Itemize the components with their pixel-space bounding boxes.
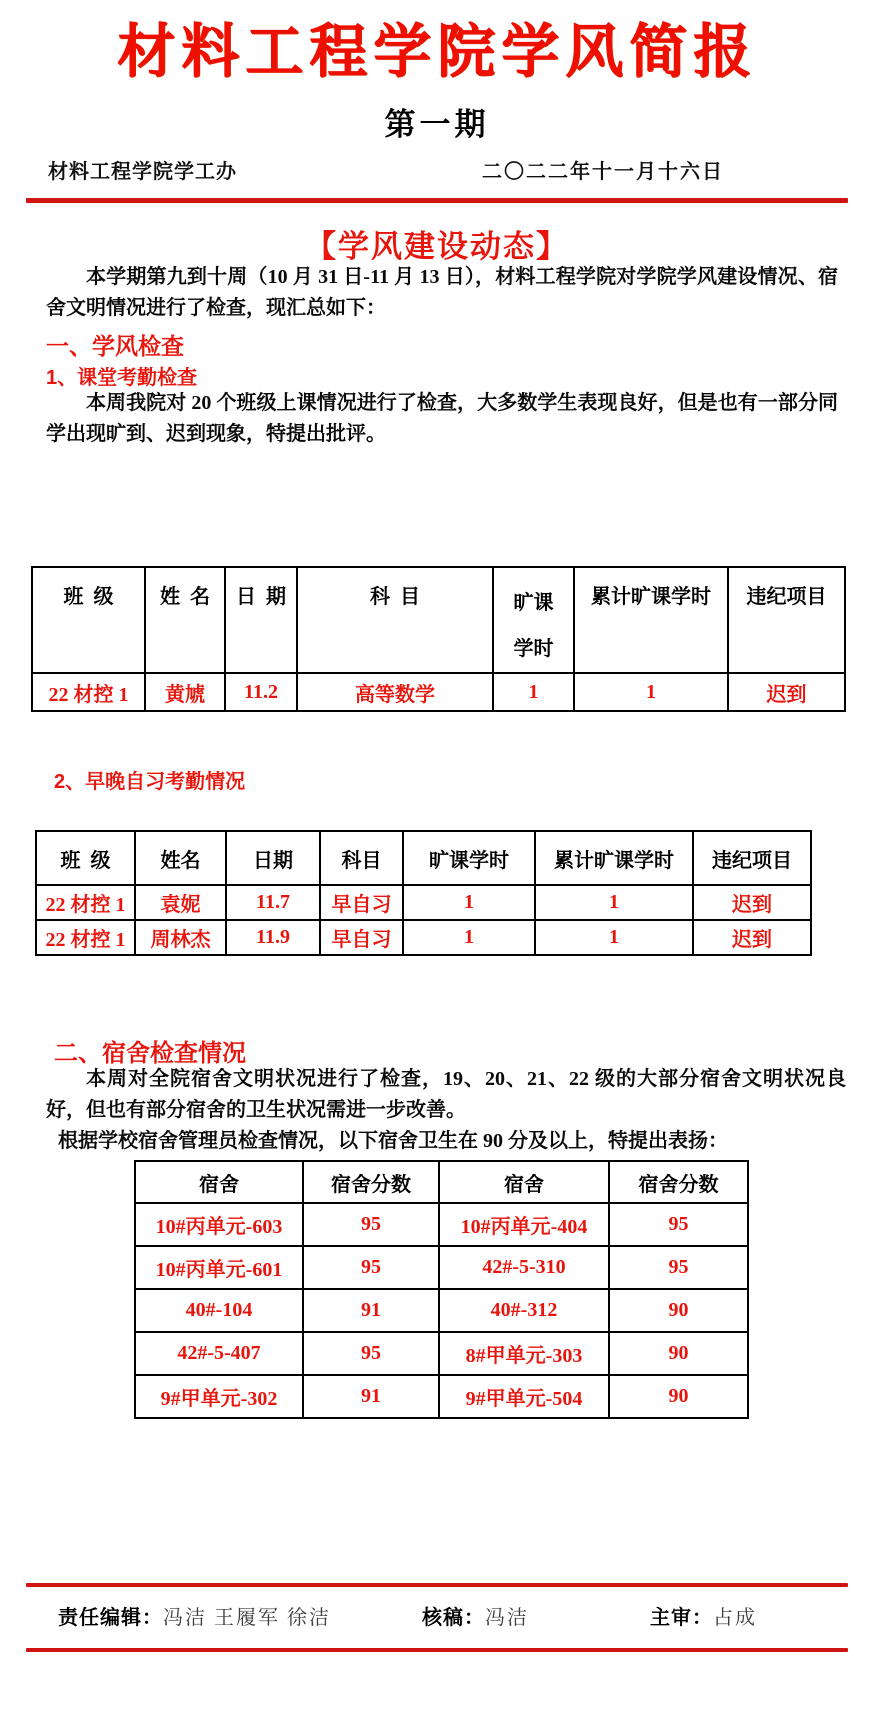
table-cell: 8#甲单元-303 (439, 1332, 609, 1375)
page-title: 材料工程学院学风简报 (0, 10, 874, 94)
table-cell: 1 (535, 920, 693, 955)
column-header: 日期 (226, 831, 320, 885)
table-row: 42#-5-407 95 8#甲单元-303 90 (135, 1332, 748, 1375)
table-cell: 10#丙单元-404 (439, 1203, 609, 1246)
column-header: 累计旷课学时 (535, 831, 693, 885)
table-cell: 黄虓 (145, 673, 225, 711)
table-cell: 迟到 (728, 673, 845, 711)
column-header: 姓名 (135, 831, 226, 885)
publish-date: 二〇二二年十一月十六日 (482, 155, 724, 184)
table-cell: 42#-5-407 (135, 1332, 303, 1375)
editor-names: 冯洁 王履军 徐洁 (163, 1607, 331, 1629)
table-cell: 迟到 (693, 885, 811, 920)
table-cell: 高等数学 (297, 673, 493, 711)
footer-divider-top (26, 1583, 848, 1587)
section1-heading: 一、学风检查 (46, 328, 184, 361)
table-cell: 95 (609, 1203, 748, 1246)
main-section-heading: 【学风建设动态】 (0, 221, 874, 266)
table-header-row: 班 级 姓名 日期 科目 旷课学时 累计旷课学时 违纪项目 (36, 831, 811, 885)
table-row: 22 材控 1 周林杰 11.9 早自习 1 1 迟到 (36, 920, 811, 955)
table-row: 22 材控 1 袁妮 11.7 早自习 1 1 迟到 (36, 885, 811, 920)
chief-name: 占成 (713, 1607, 757, 1629)
table-cell: 42#-5-310 (439, 1246, 609, 1289)
issue-number: 第一期 (0, 99, 874, 144)
reviewer-name: 冯洁 (485, 1607, 529, 1629)
table-cell: 95 (609, 1246, 748, 1289)
table-cell: 11.9 (226, 920, 320, 955)
dorm-score-table: 宿舍 宿舍分数 宿舍 宿舍分数 10#丙单元-603 95 10#丙单元-404… (134, 1160, 749, 1419)
header-divider (26, 198, 848, 203)
table-cell: 11.2 (225, 673, 297, 711)
table-cell: 周林杰 (135, 920, 226, 955)
table-cell: 1 (574, 673, 728, 711)
section1-1-paragraph: 本周我院对 20 个班级上课情况进行了检查，大多数学生表现良好，但是也有一部分同… (46, 388, 838, 450)
editor-label: 责任编辑： (58, 1607, 163, 1629)
table-row: 10#丙单元-601 95 42#-5-310 95 (135, 1246, 748, 1289)
reviewer-label: 核稿： (422, 1607, 485, 1629)
table-cell: 迟到 (693, 920, 811, 955)
column-header: 旷课学时 (493, 567, 574, 673)
table-cell: 1 (535, 885, 693, 920)
bulletin-page: 材料工程学院学风简报 第一期 材料工程学院学工办 二〇二二年十一月十六日 【学风… (0, 0, 874, 1715)
section2-paragraphs: 本周对全院宿舍文明状况进行了检查，19、20、21、22 级的大部分宿舍文明状况… (46, 1064, 846, 1157)
table-header-row: 班 级 姓 名 日 期 科 目 旷课学时 累计旷课学时 违纪项目 (32, 567, 845, 673)
table-row: 10#丙单元-603 95 10#丙单元-404 95 (135, 1203, 748, 1246)
section2-heading: 二、宿舍检查情况 (54, 1033, 246, 1068)
column-header: 班 级 (32, 567, 145, 673)
column-header-label: 旷课学时 (512, 580, 555, 672)
table-header-row: 宿舍 宿舍分数 宿舍 宿舍分数 (135, 1161, 748, 1203)
section2-paragraph-2: 根据学校宿舍管理员检查情况，以下宿舍卫生在 90 分及以上，特提出表扬： (46, 1126, 846, 1157)
column-header: 宿舍分数 (303, 1161, 439, 1203)
table-cell: 90 (609, 1289, 748, 1332)
section1-1-heading: 1、课堂考勤检查 (46, 361, 197, 390)
column-header: 旷课学时 (403, 831, 535, 885)
column-header: 班 级 (36, 831, 135, 885)
table-cell: 40#-104 (135, 1289, 303, 1332)
footer-divider-bottom (26, 1648, 848, 1652)
table-cell: 1 (403, 885, 535, 920)
column-header: 科 目 (297, 567, 493, 673)
column-header: 科目 (320, 831, 403, 885)
intro-paragraph: 本学期第九到十周（10 月 31 日-11 月 13 日），材料工程学院对学院学… (46, 262, 838, 324)
table-cell: 91 (303, 1375, 439, 1418)
table-cell: 袁妮 (135, 885, 226, 920)
section2-paragraph-1: 本周对全院宿舍文明状况进行了检查，19、20、21、22 级的大部分宿舍文明状况… (46, 1064, 846, 1126)
table-cell: 10#丙单元-601 (135, 1246, 303, 1289)
table-cell: 22 材控 1 (36, 885, 135, 920)
table-cell: 早自习 (320, 920, 403, 955)
table-cell: 1 (493, 673, 574, 711)
column-header: 违纪项目 (728, 567, 845, 673)
footer-chief: 主审：占成 (650, 1601, 757, 1633)
table-cell: 22 材控 1 (32, 673, 145, 711)
table-cell: 95 (303, 1246, 439, 1289)
table-cell: 10#丙单元-603 (135, 1203, 303, 1246)
class-attendance-table: 班 级 姓 名 日 期 科 目 旷课学时 累计旷课学时 违纪项目 22 材控 1… (31, 566, 846, 712)
table-cell: 9#甲单元-302 (135, 1375, 303, 1418)
table-cell: 90 (609, 1375, 748, 1418)
footer-editors: 责任编辑：冯洁 王履军 徐洁 (58, 1601, 331, 1633)
table-cell: 早自习 (320, 885, 403, 920)
column-header: 宿舍分数 (609, 1161, 748, 1203)
table-cell: 1 (403, 920, 535, 955)
table-row: 22 材控 1 黄虓 11.2 高等数学 1 1 迟到 (32, 673, 845, 711)
table-cell: 22 材控 1 (36, 920, 135, 955)
table-cell: 95 (303, 1332, 439, 1375)
chief-label: 主审： (650, 1607, 713, 1629)
table-cell: 11.7 (226, 885, 320, 920)
column-header: 累计旷课学时 (574, 567, 728, 673)
table-cell: 91 (303, 1289, 439, 1332)
section1-2-heading: 2、早晚自习考勤情况 (54, 765, 245, 794)
table-cell: 95 (303, 1203, 439, 1246)
footer-reviewer: 核稿：冯洁 (422, 1601, 529, 1633)
column-header: 违纪项目 (693, 831, 811, 885)
table-cell: 90 (609, 1332, 748, 1375)
table-row: 9#甲单元-302 91 9#甲单元-504 90 (135, 1375, 748, 1418)
table-row: 40#-104 91 40#-312 90 (135, 1289, 748, 1332)
column-header: 日 期 (225, 567, 297, 673)
column-header: 姓 名 (145, 567, 225, 673)
table-cell: 9#甲单元-504 (439, 1375, 609, 1418)
column-header: 宿舍 (439, 1161, 609, 1203)
table-cell: 40#-312 (439, 1289, 609, 1332)
publisher: 材料工程学院学工办 (48, 155, 237, 184)
self-study-attendance-table: 班 级 姓名 日期 科目 旷课学时 累计旷课学时 违纪项目 22 材控 1 袁妮… (35, 830, 812, 956)
column-header: 宿舍 (135, 1161, 303, 1203)
